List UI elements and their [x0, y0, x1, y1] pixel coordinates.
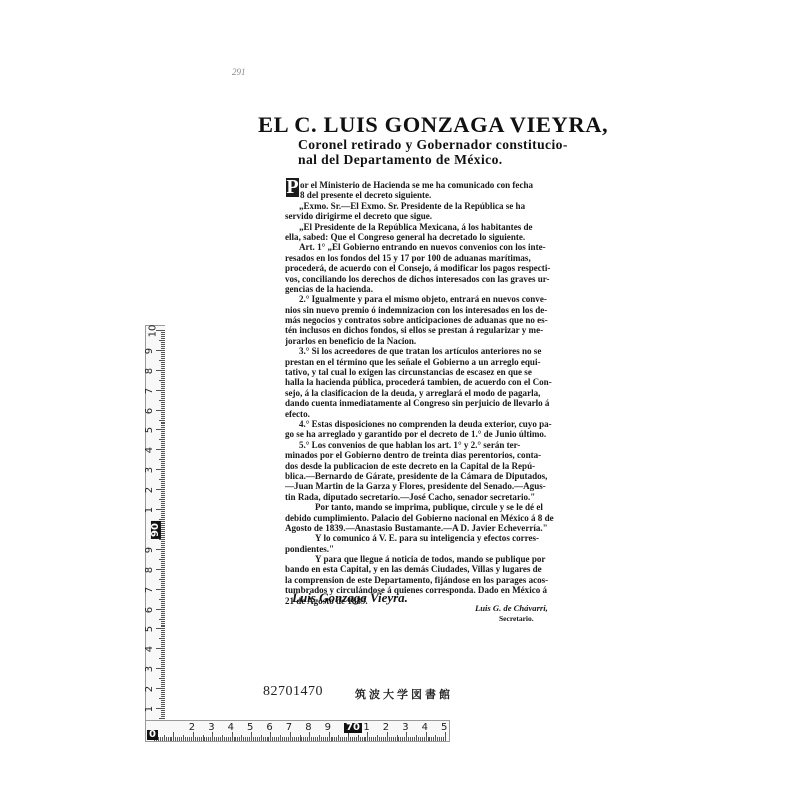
ruler-tick — [161, 702, 165, 703]
ruler-tick — [364, 737, 365, 741]
catalog-number: 82701470 — [263, 684, 323, 700]
ruler-tick — [161, 465, 165, 466]
body-line: —Juan Martin de la Garza y Flores, presi… — [285, 481, 611, 491]
ruler-tick — [433, 737, 434, 741]
body-line: halla la hacienda pública, procederá tam… — [285, 377, 611, 387]
ruler-tick — [161, 593, 165, 594]
ruler-tick — [161, 583, 165, 584]
ruler-label: 6 — [145, 606, 155, 612]
ruler-tick — [159, 459, 165, 460]
ruler-label: 7 — [145, 586, 155, 592]
ruler-tick — [161, 505, 165, 506]
ruler-tick — [352, 737, 353, 741]
body-line: go se ha arreglado y garantido por el de… — [285, 429, 611, 439]
ruler-tick — [161, 511, 165, 512]
ruler-tick — [159, 619, 165, 620]
ruler-tick — [161, 611, 165, 612]
ruler-tick — [161, 447, 165, 448]
ruler-tick — [379, 737, 380, 741]
ruler-tick — [193, 732, 194, 741]
secretary-role: Secretario. — [499, 614, 534, 623]
ruler-tick — [342, 737, 343, 741]
ruler-tick — [373, 737, 374, 741]
ruler-tick — [228, 737, 229, 741]
ruler-tick — [161, 404, 165, 405]
ruler-tick — [156, 509, 165, 510]
document-body: or el Ministerio de Hacienda se me ha co… — [285, 180, 611, 606]
body-line: Y lo comunico á V. E. para su inteligenc… — [285, 533, 611, 543]
ruler-tick — [161, 372, 165, 373]
ruler-tick — [159, 658, 165, 659]
ruler-tick — [161, 416, 165, 417]
ruler-tick — [206, 737, 207, 741]
ruler-tick — [161, 477, 165, 478]
ruler-tick — [245, 737, 246, 741]
ruler-label: 2 — [383, 723, 389, 733]
ruler-tick — [161, 406, 165, 407]
ruler-label: 3 — [145, 467, 155, 473]
ruler-tick — [311, 737, 312, 741]
ruler-tick — [398, 737, 399, 741]
ruler-tick — [161, 563, 165, 564]
body-line: Y para que llegue á noticia de todos, ma… — [285, 554, 611, 564]
ruler-tick — [329, 732, 330, 741]
ruler-tick — [159, 360, 165, 361]
ruler-tick — [161, 700, 165, 701]
ruler-label: 9 — [145, 547, 155, 553]
ruler-tick — [170, 737, 171, 741]
ruler-tick — [402, 737, 403, 741]
ruler-tick — [161, 603, 165, 604]
ruler-tick — [161, 354, 165, 355]
ruler-tick — [161, 571, 165, 572]
ruler-tick — [161, 491, 165, 492]
ruler-tick — [161, 567, 165, 568]
ruler-tick — [429, 737, 430, 741]
ruler-tick — [367, 732, 368, 741]
ruler-tick — [344, 737, 345, 741]
ruler-tick — [276, 737, 277, 741]
ruler-tick — [161, 412, 165, 413]
ruler-tick — [161, 686, 165, 687]
ruler-tick — [257, 737, 258, 741]
ruler-tick — [216, 737, 217, 741]
ruler-tick — [284, 737, 285, 741]
ruler-tick — [161, 517, 165, 518]
body-line: 4.° Estas disposiciones no comprenden la… — [285, 419, 611, 429]
ruler-tick — [161, 334, 165, 335]
body-line: nios sin nuevo premio ó indemnizacion co… — [285, 305, 611, 315]
ruler-tick — [332, 737, 333, 741]
body-line: 3.° Si los acreedores de que tratan los … — [285, 346, 611, 356]
body-line: 8 del presente el decreto siguiente. — [285, 190, 611, 200]
ruler-label: 5 — [145, 626, 155, 632]
ruler-tick — [161, 527, 165, 528]
ruler-tick — [249, 737, 250, 741]
ruler-tick — [161, 650, 165, 651]
ruler-tick — [159, 539, 165, 540]
ruler-tick — [173, 732, 174, 741]
ruler-tick — [241, 735, 242, 741]
ruler-tick — [161, 543, 165, 544]
ruler-tick — [156, 449, 165, 450]
ruler-tick — [161, 664, 165, 665]
ruler-tick — [327, 737, 328, 741]
ruler-tick — [161, 553, 165, 554]
ruler-tick — [161, 378, 165, 379]
ruler-tick — [183, 735, 184, 741]
ruler-tick — [161, 591, 165, 592]
ruler-label: 8 — [145, 567, 155, 573]
ruler-tick — [161, 427, 165, 428]
ruler-tick — [201, 737, 202, 741]
ruler-label: 9 — [145, 348, 155, 354]
ruler-tick — [161, 666, 165, 667]
ruler-tick — [296, 737, 297, 741]
ruler-tick — [161, 382, 165, 383]
ruler-tick — [185, 737, 186, 741]
ruler-tick — [362, 737, 363, 741]
body-line: servido dirigirme el decreto que sigue. — [285, 211, 611, 221]
ruler-tick — [156, 370, 165, 371]
ruler-tick — [161, 433, 165, 434]
ruler-tick — [158, 737, 159, 741]
body-line: Agosto de 1839.—Anastasio Bustamante.—A … — [285, 523, 611, 533]
ruler-tick — [161, 402, 165, 403]
ruler-tick — [346, 737, 347, 741]
ruler-label: 4 — [228, 723, 234, 733]
ruler-tick — [321, 737, 322, 741]
body-line: dos desde la publicacion de este decreto… — [285, 461, 611, 471]
ruler-tick — [161, 613, 165, 614]
ruler-tick — [400, 737, 401, 741]
ruler-tick — [203, 735, 204, 741]
body-line: gencias de la hacienda. — [285, 284, 611, 294]
ruler-tick — [161, 561, 165, 562]
ruler-label: 4 — [145, 447, 155, 453]
ruler-tick — [161, 690, 165, 691]
ruler-tick — [161, 625, 165, 626]
ruler-tick — [234, 737, 235, 741]
ruler-tick — [272, 737, 273, 741]
ruler-tick — [161, 662, 165, 663]
ruler-tick — [391, 737, 392, 741]
ruler-tick — [187, 737, 188, 741]
ruler-tick — [161, 696, 165, 697]
ruler-tick — [159, 420, 165, 421]
ruler-tick — [161, 587, 165, 588]
ruler-tick — [303, 737, 304, 741]
ruler-tick — [161, 694, 165, 695]
ruler-tick — [230, 737, 231, 741]
ruler-tick — [161, 575, 165, 576]
ruler-tick — [159, 519, 165, 520]
ruler-tick — [377, 735, 378, 741]
ruler-tick — [420, 737, 421, 741]
ruler-tick — [161, 455, 165, 456]
ruler-label: 5 — [145, 427, 155, 433]
ruler-tick — [445, 732, 446, 741]
ruler-tick — [161, 392, 165, 393]
ruler-tick — [161, 704, 165, 705]
ruler-tick — [208, 737, 209, 741]
body-line: resados en los fondos del 15 y 17 por 10… — [285, 253, 611, 263]
ruler-tick — [161, 670, 165, 671]
ruler-tick — [156, 410, 165, 411]
ruler-tick — [161, 545, 165, 546]
ruler-label: 3 — [402, 723, 408, 733]
ruler-tick — [161, 358, 165, 359]
body-line: más negocios y contratos sobre anticipac… — [285, 315, 611, 325]
ruler-tick — [161, 672, 165, 673]
ruler-tick — [177, 737, 178, 741]
ruler-tick — [354, 737, 355, 741]
ruler-tick — [161, 423, 165, 424]
ruler-tick — [161, 551, 165, 552]
ruler-tick — [161, 636, 165, 637]
ruler-tick — [336, 737, 337, 741]
ruler-tick — [161, 457, 165, 458]
ruler-tick — [406, 732, 407, 741]
ruler-tick — [437, 737, 438, 741]
body-line: Art. 1° „El Gobierno entrando en nuevos … — [285, 242, 611, 252]
ruler-tick — [179, 737, 180, 741]
ruler-tick — [161, 573, 165, 574]
ruler-tick — [156, 628, 165, 629]
ruler-label: 4 — [145, 646, 155, 652]
ruler-tick — [220, 737, 221, 741]
ruler-tick — [261, 735, 262, 741]
horizontal-scale-ruler: 0234567897012345 — [145, 720, 450, 742]
ruler-tick — [161, 503, 165, 504]
ruler-tick — [156, 350, 165, 351]
ruler-tick — [156, 688, 165, 689]
ruler-tick — [161, 471, 165, 472]
ruler-tick — [161, 585, 165, 586]
ruler-label: 5 — [441, 723, 447, 733]
ruler-tick — [159, 559, 165, 560]
ruler-label: 3 — [145, 666, 155, 672]
ruler-tick — [210, 737, 211, 741]
ruler-tick — [161, 356, 165, 357]
ruler-tick — [161, 652, 165, 653]
ruler-tick — [161, 495, 165, 496]
ruler-tick — [161, 332, 165, 333]
ruler-tick — [422, 737, 423, 741]
ruler-tick — [161, 507, 165, 508]
ruler-tick — [424, 737, 425, 741]
ruler-tick — [161, 344, 165, 345]
ruler-tick — [161, 396, 165, 397]
ruler-tick — [161, 660, 165, 661]
ruler-tick — [161, 712, 165, 713]
ruler-tick — [383, 737, 384, 741]
ruler-tick — [161, 615, 165, 616]
ruler-tick — [315, 737, 316, 741]
ruler-tick — [350, 737, 351, 741]
ruler-tick — [161, 362, 165, 363]
ruler-label: 2 — [145, 686, 155, 692]
ruler-tick — [404, 737, 405, 741]
ruler-tick — [385, 737, 386, 741]
ruler-tick — [161, 461, 165, 462]
body-line: „El Presidente de la República Mexicana,… — [285, 222, 611, 232]
ruler-tick — [204, 737, 205, 741]
ruler-tick — [162, 737, 163, 741]
ruler-tick — [161, 682, 165, 683]
ruler-label: 1 — [145, 507, 155, 513]
ruler-label: 4 — [422, 723, 428, 733]
ruler-tick — [161, 437, 165, 438]
ruler-tick — [161, 463, 165, 464]
ruler-tick — [159, 340, 165, 341]
ruler-tick — [226, 737, 227, 741]
ruler-tick — [161, 513, 165, 514]
ruler-tick — [161, 394, 165, 395]
body-line: tativo, y tal cual lo exigen las circuns… — [285, 367, 611, 377]
ruler-tick — [387, 732, 388, 741]
ruler-tick — [161, 431, 165, 432]
ruler-tick — [161, 623, 165, 624]
body-line: blica.—Bernardo de Gárate, presidente de… — [285, 471, 611, 481]
ruler-tick — [161, 557, 165, 558]
ruler-tick — [356, 737, 357, 741]
ruler-tick — [161, 443, 165, 444]
ruler-label: 70 — [344, 723, 362, 733]
ruler-tick — [161, 451, 165, 452]
ruler-tick — [360, 737, 361, 741]
body-line: „Exmo. Sr.—El Exmo. Sr. Presidente de la… — [285, 201, 611, 211]
ruler-tick — [161, 374, 165, 375]
ruler-tick — [222, 735, 223, 741]
ruler-tick — [232, 732, 233, 741]
ruler-tick — [189, 737, 190, 741]
ruler-label: 2 — [189, 723, 195, 733]
ruler-tick — [317, 737, 318, 741]
ruler-tick — [161, 364, 165, 365]
ruler-tick — [161, 674, 165, 675]
ruler-tick — [280, 735, 281, 741]
body-line: la comprension de este Departamento, fij… — [285, 575, 611, 585]
ruler-tick — [161, 555, 165, 556]
ruler-label: 1 — [363, 723, 369, 733]
ruler-tick — [161, 467, 165, 468]
document-subtitle: Coronel retirado y Gobernador constituci… — [298, 137, 598, 167]
ruler-tick — [161, 475, 165, 476]
ruler-tick — [161, 535, 165, 536]
ruler-tick — [274, 737, 275, 741]
ruler-tick — [161, 710, 165, 711]
ruler-tick — [161, 422, 165, 423]
ruler-tick — [159, 599, 165, 600]
ruler-tick — [156, 489, 165, 490]
ruler-tick — [325, 737, 326, 741]
ruler-tick — [268, 737, 269, 741]
ruler-tick — [161, 342, 165, 343]
ruler-tick — [441, 737, 442, 741]
ruler-tick — [159, 718, 165, 719]
governor-signature: Luis Gonzaga Vieyra. — [292, 590, 408, 606]
ruler-tick — [259, 737, 260, 741]
ruler-tick — [253, 737, 254, 741]
ruler-tick — [161, 386, 165, 387]
ruler-tick — [161, 654, 165, 655]
ruler-tick — [331, 737, 332, 741]
ruler-tick — [159, 439, 165, 440]
ruler-tick — [270, 732, 271, 741]
ruler-label: 3 — [208, 723, 214, 733]
ruler-tick — [161, 348, 165, 349]
ruler-tick — [161, 414, 165, 415]
ruler-tick — [161, 376, 165, 377]
body-line: vos, conciliando los derechos de dichos … — [285, 274, 611, 284]
library-stamp: 筑波大学図書館 — [355, 686, 453, 702]
body-line: jorarlos en beneficio de la Nacion. — [285, 336, 611, 346]
ruler-tick — [426, 732, 427, 741]
ruler-tick — [418, 737, 419, 741]
body-line: ella, sabed: Que el Congreso general ha … — [285, 232, 611, 242]
ruler-tick — [305, 737, 306, 741]
ruler-tick — [181, 737, 182, 741]
body-line: or el Ministerio de Hacienda se me ha co… — [285, 180, 611, 190]
ruler-tick — [161, 497, 165, 498]
vertical-scale-ruler: 01234567899012345678910 — [145, 325, 165, 733]
ruler-tick — [156, 708, 165, 709]
ruler-label: 7 — [286, 723, 292, 733]
ruler-tick — [247, 737, 248, 741]
ruler-tick — [298, 737, 299, 741]
ruler-tick — [334, 737, 335, 741]
ruler-tick — [443, 737, 444, 741]
ruler-label: 5 — [247, 723, 253, 733]
page-number: 291 — [232, 67, 246, 77]
ruler-tick — [161, 485, 165, 486]
ruler-label: 9 — [325, 723, 331, 733]
ruler-tick — [161, 640, 165, 641]
ruler-tick — [265, 737, 266, 741]
ruler-tick — [161, 541, 165, 542]
ruler-tick — [224, 737, 225, 741]
ruler-tick — [319, 735, 320, 741]
ruler-tick — [156, 429, 165, 430]
body-line: procederá, de acuerdo con el Consejo, á … — [285, 263, 611, 273]
ruler-tick — [161, 418, 165, 419]
ruler-tick — [313, 737, 314, 741]
ruler-tick — [161, 493, 165, 494]
ruler-tick — [161, 621, 165, 622]
ruler-tick — [159, 499, 165, 500]
ruler-tick — [161, 597, 165, 598]
ruler-tick — [161, 336, 165, 337]
ruler-tick — [237, 737, 238, 741]
ruler-tick — [294, 737, 295, 741]
ruler-tick — [397, 735, 398, 741]
ruler-tick — [159, 678, 165, 679]
ruler-tick — [161, 630, 165, 631]
ruler-tick — [416, 735, 417, 741]
ruler-tick — [161, 398, 165, 399]
ruler-tick — [414, 737, 415, 741]
ruler-tick — [161, 453, 165, 454]
ruler-tick — [159, 400, 165, 401]
body-line: prestan en el término que les señale el … — [285, 357, 611, 367]
ruler-tick — [292, 737, 293, 741]
body-line: dando cuenta inmediatamente al Congreso … — [285, 398, 611, 408]
body-line: Por tanto, mando se imprima, publique, c… — [285, 502, 611, 512]
ruler-label: 2 — [145, 487, 155, 493]
ruler-tick — [323, 737, 324, 741]
ruler-tick — [161, 684, 165, 685]
